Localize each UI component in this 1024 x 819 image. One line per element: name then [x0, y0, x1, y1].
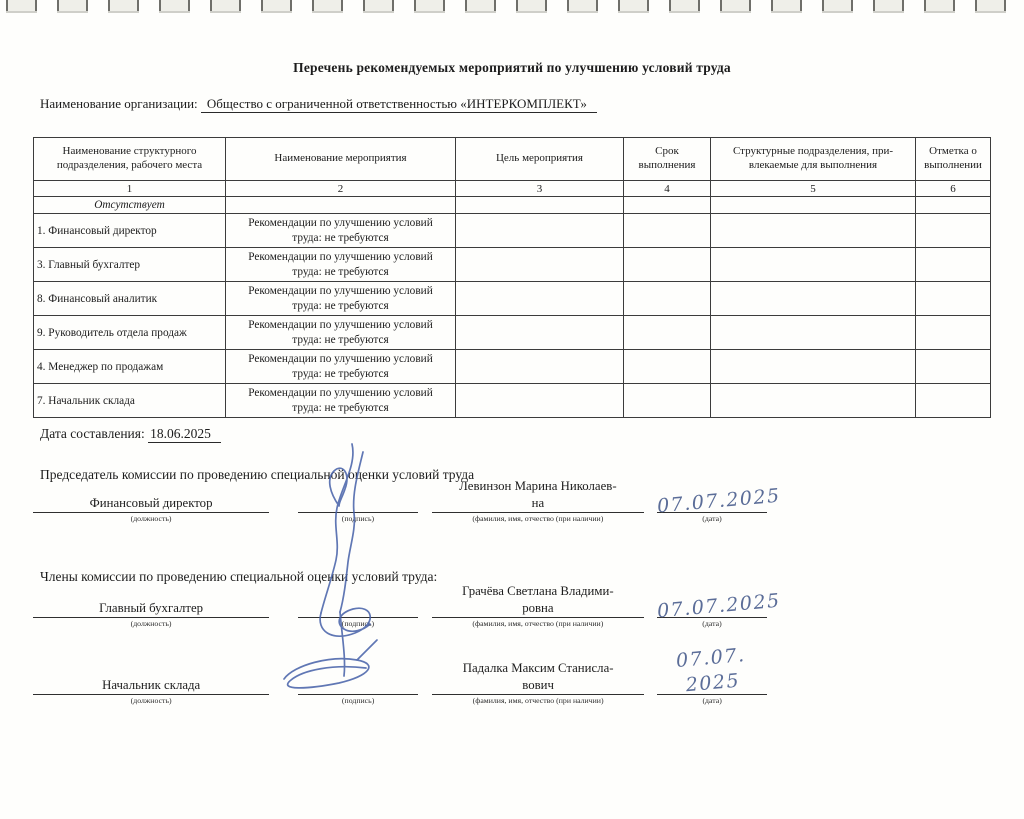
- document-title: Перечень рекомендуемых мероприятий по ул…: [0, 60, 1024, 76]
- empty-cell: [916, 350, 991, 384]
- sign-value: [298, 600, 418, 618]
- empty-cell: [711, 384, 916, 418]
- position-column: Главный бухгалтер (должность): [33, 600, 269, 629]
- empty-cell: [456, 248, 624, 282]
- name-value: Левинзон Марина Николаев- на: [432, 478, 644, 512]
- table-row: 8. Финансовый аналитик Рекомендации по у…: [34, 282, 991, 316]
- empty-cell: [711, 197, 916, 214]
- sign-column: (подпись): [298, 495, 418, 524]
- col-number: 2: [226, 181, 456, 197]
- compilation-date-value: 18.06.2025: [148, 426, 221, 443]
- empty-cell: [456, 316, 624, 350]
- empty-cell: [916, 384, 991, 418]
- empty-cell: [916, 316, 991, 350]
- position-value: Главный бухгалтер: [33, 600, 269, 618]
- header-deadline: Срок выполнения: [624, 138, 711, 181]
- header-goal: Цель мероприятия: [456, 138, 624, 181]
- handwritten-date: 07.07. 2025: [655, 641, 769, 700]
- empty-cell: [624, 214, 711, 248]
- cell-position: 9. Руководитель отдела продаж: [34, 316, 226, 350]
- empty-cell: [624, 384, 711, 418]
- cell-position: 8. Финансовый аналитик: [34, 282, 226, 316]
- signature-row-chairman: Финансовый директор (должность) (подпись…: [33, 478, 767, 523]
- date-column: 07.07. 2025 (дата): [657, 646, 767, 705]
- sign-column: (подпись): [298, 600, 418, 629]
- empty-cell: [456, 282, 624, 316]
- cell-measure: Рекомендации по улучшению условий труда:…: [226, 282, 456, 316]
- signature-row-member-2: Начальник склада (должность) (подпись) П…: [33, 646, 767, 705]
- position-column: Финансовый директор (должность): [33, 495, 269, 524]
- empty-cell: [711, 214, 916, 248]
- empty-cell: [916, 197, 991, 214]
- position-caption: (должность): [33, 513, 269, 523]
- header-department: Наименование структурного подразделения,…: [34, 138, 226, 181]
- cell-position: 7. Начальник склада: [34, 384, 226, 418]
- position-column: Начальник склада (должность): [33, 677, 269, 706]
- empty-cell: [624, 282, 711, 316]
- scanned-document-page: Перечень рекомендуемых мероприятий по ул…: [0, 0, 1024, 819]
- cell-position: 4. Менеджер по продажам: [34, 350, 226, 384]
- header-completion-mark: Отметка о выполнении: [916, 138, 991, 181]
- organization-label: Наименование организации:: [40, 96, 198, 111]
- compilation-date-line: Дата составления: 18.06.2025: [40, 426, 221, 442]
- empty-cell: [624, 350, 711, 384]
- name-column: Падалка Максим Станисла- вович (фамилия,…: [432, 660, 644, 705]
- position-value: Начальник склада: [33, 677, 269, 695]
- signature-row-member-1: Главный бухгалтер (должность) (подпись) …: [33, 583, 767, 628]
- measures-table: Наименование структурного подразделения,…: [33, 137, 991, 418]
- sign-caption: (подпись): [298, 618, 418, 628]
- cell-measure: Рекомендации по улучшению условий труда:…: [226, 350, 456, 384]
- table-row: 1. Финансовый директор Рекомендации по у…: [34, 214, 991, 248]
- header-involved-units: Структурные подразделения, при- влекаемы…: [711, 138, 916, 181]
- table-row: 4. Менеджер по продажам Рекомендации по …: [34, 350, 991, 384]
- position-caption: (должность): [33, 618, 269, 628]
- name-caption: (фамилия, имя, отчество (при наличии): [432, 618, 644, 628]
- organization-line: Наименование организации: Общество с огр…: [40, 96, 597, 112]
- organization-value: Общество с ограниченной ответственностью…: [201, 96, 597, 113]
- sign-value: [298, 677, 418, 695]
- name-column: Грачёва Светлана Владими- ровна (фамилия…: [432, 583, 644, 628]
- name-caption: (фамилия, имя, отчество (при наличии): [432, 695, 644, 705]
- name-column: Левинзон Марина Николаев- на (фамилия, и…: [432, 478, 644, 523]
- cell-position: 1. Финансовый директор: [34, 214, 226, 248]
- empty-cell: [916, 248, 991, 282]
- empty-cell: [711, 282, 916, 316]
- position-value: Финансовый директор: [33, 495, 269, 513]
- col-number: 3: [456, 181, 624, 197]
- empty-cell: [456, 197, 624, 214]
- cell-measure: Рекомендации по улучшению условий труда:…: [226, 384, 456, 418]
- table-number-row: 1 2 3 4 5 6: [34, 181, 991, 197]
- spiral-binding-shadow: [6, 11, 1024, 13]
- col-number: 6: [916, 181, 991, 197]
- table-absent-row: Отсутствует: [34, 197, 991, 214]
- absent-label: Отсутствует: [34, 197, 226, 214]
- empty-cell: [711, 350, 916, 384]
- empty-cell: [456, 350, 624, 384]
- date-column: 07.07.2025 (дата): [657, 594, 767, 629]
- sign-caption: (подпись): [298, 513, 418, 523]
- table-header-row: Наименование структурного подразделения,…: [34, 138, 991, 181]
- cell-measure: Рекомендации по улучшению условий труда:…: [226, 316, 456, 350]
- cell-measure: Рекомендации по улучшению условий труда:…: [226, 248, 456, 282]
- cell-measure: Рекомендации по улучшению условий труда:…: [226, 214, 456, 248]
- sign-value: [298, 495, 418, 513]
- empty-cell: [456, 384, 624, 418]
- col-number: 5: [711, 181, 916, 197]
- name-caption: (фамилия, имя, отчество (при наличии): [432, 513, 644, 523]
- empty-cell: [624, 197, 711, 214]
- empty-cell: [226, 197, 456, 214]
- col-number: 4: [624, 181, 711, 197]
- header-measure: Наименование мероприятия: [226, 138, 456, 181]
- table-row: 3. Главный бухгалтер Рекомендации по улу…: [34, 248, 991, 282]
- name-value: Падалка Максим Станисла- вович: [432, 660, 644, 694]
- table-row: 7. Начальник склада Рекомендации по улуч…: [34, 384, 991, 418]
- empty-cell: [711, 316, 916, 350]
- sign-caption: (подпись): [298, 695, 418, 705]
- empty-cell: [916, 282, 991, 316]
- sign-column: (подпись): [298, 677, 418, 706]
- empty-cell: [456, 214, 624, 248]
- position-caption: (должность): [33, 695, 269, 705]
- empty-cell: [624, 316, 711, 350]
- empty-cell: [624, 248, 711, 282]
- empty-cell: [916, 214, 991, 248]
- name-value: Грачёва Светлана Владими- ровна: [432, 583, 644, 617]
- empty-cell: [711, 248, 916, 282]
- cell-position: 3. Главный бухгалтер: [34, 248, 226, 282]
- col-number: 1: [34, 181, 226, 197]
- date-column: 07.07.2025 (дата): [657, 489, 767, 524]
- table-row: 9. Руководитель отдела продаж Рекомендац…: [34, 316, 991, 350]
- compilation-date-label: Дата составления:: [40, 426, 145, 441]
